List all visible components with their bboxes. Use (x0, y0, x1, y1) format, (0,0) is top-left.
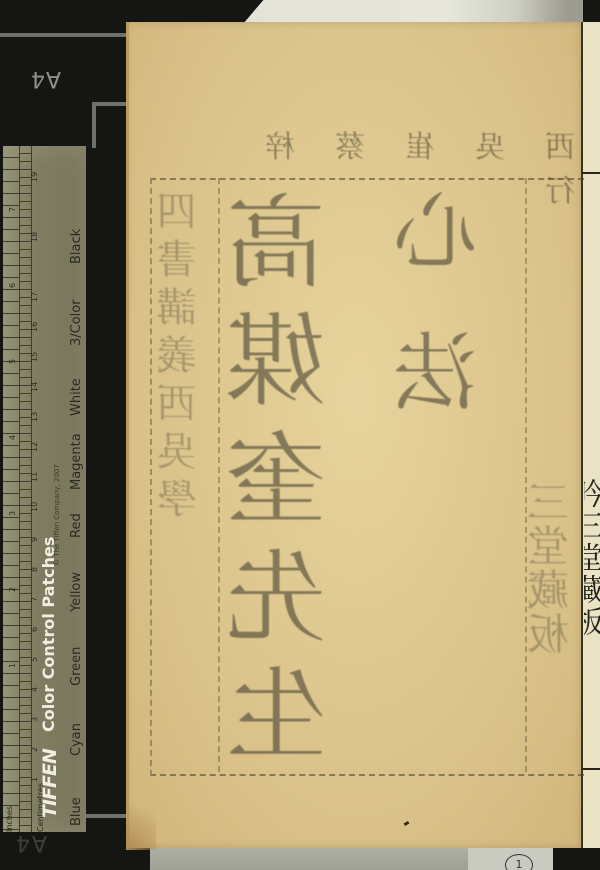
cm-mark: 18 (30, 232, 39, 242)
inch-mark: 7 (8, 207, 17, 212)
column-divider-right (525, 178, 527, 772)
cm-mark: 19 (30, 172, 39, 182)
cm-mark: 11 (30, 472, 39, 482)
patch-label-white: White (69, 378, 84, 416)
mat-border-inner-left (92, 102, 96, 148)
title-right-column: 心法 (400, 188, 484, 468)
cm-mark: 14 (30, 382, 39, 392)
inch-mark: 1 (8, 663, 17, 668)
header-text: 西吳崔蔡梓行 (165, 122, 575, 162)
patch-label-yellow: Yellow (69, 572, 84, 612)
cm-mark: 2 (30, 747, 39, 752)
inch-mark: 4 (8, 435, 17, 440)
mat-size-label-bottom: A4 (14, 830, 47, 855)
cm-mark: 12 (30, 442, 39, 452)
copyright-text: © The Tiffen Company, 2007 (53, 464, 61, 566)
inch-mark: 6 (8, 283, 17, 288)
printed-frame-border (150, 178, 584, 776)
cm-mark: 13 (30, 412, 39, 422)
inches-label: Inches (5, 806, 14, 832)
color-control-strip: 1 2 3 4 5 6 7 1 2 3 4 5 6 7 8 9 10 11 12… (3, 146, 86, 832)
patch-label-green: Green (69, 647, 84, 686)
patch-label-black: Black (69, 229, 84, 264)
mat-border-bottom (86, 814, 126, 818)
inch-ruler (3, 146, 20, 832)
cm-ruler (19, 146, 32, 832)
adjacent-page-rule-top (582, 172, 600, 174)
adjacent-page-text: 吟三堂藏板 (584, 478, 600, 638)
cm-mark: 9 (30, 537, 39, 542)
patch-label-red: Red (69, 513, 84, 538)
mat-size-label: A4 (30, 66, 61, 91)
inch-mark: 2 (8, 587, 17, 592)
page-marker: 1 (505, 854, 533, 870)
cm-mark: 6 (30, 627, 39, 632)
side-column-left-text: 四書講義西吳學 (160, 190, 200, 526)
cm-mark: 3 (30, 717, 39, 722)
cm-mark: 16 (30, 322, 39, 332)
cm-mark: 10 (30, 502, 39, 512)
inch-mark: 5 (8, 359, 17, 364)
tiffen-logo: TIFFEN (39, 749, 61, 818)
column-divider-left (218, 178, 220, 772)
mat-border-inner-top (92, 102, 128, 106)
side-column-right-text: 三堂藏板 (530, 480, 572, 656)
cm-mark: 15 (30, 352, 39, 362)
title-left-column: 高媒奎先生 (235, 190, 335, 780)
cm-mark: 17 (30, 292, 39, 302)
inch-mark: 3 (8, 511, 17, 516)
cm-mark: 4 (30, 687, 39, 692)
cm-mark: 5 (30, 657, 39, 662)
patch-label-magenta: Magenta (69, 433, 84, 490)
header-text-line: 西吳崔蔡梓行 (165, 122, 575, 162)
cm-mark: 1 (30, 777, 39, 782)
patch-label-blue: Blue (69, 797, 84, 826)
patch-label-cyan: Cyan (69, 723, 84, 756)
adjacent-page-rule-bottom (582, 768, 600, 770)
cm-mark: 8 (30, 567, 39, 572)
mat-border-top (0, 33, 128, 37)
backing-paper-bottom (150, 846, 510, 870)
patch-label-3color: 3/Color (69, 299, 84, 346)
backing-paper-top (243, 0, 583, 24)
cm-mark: 7 (30, 597, 39, 602)
